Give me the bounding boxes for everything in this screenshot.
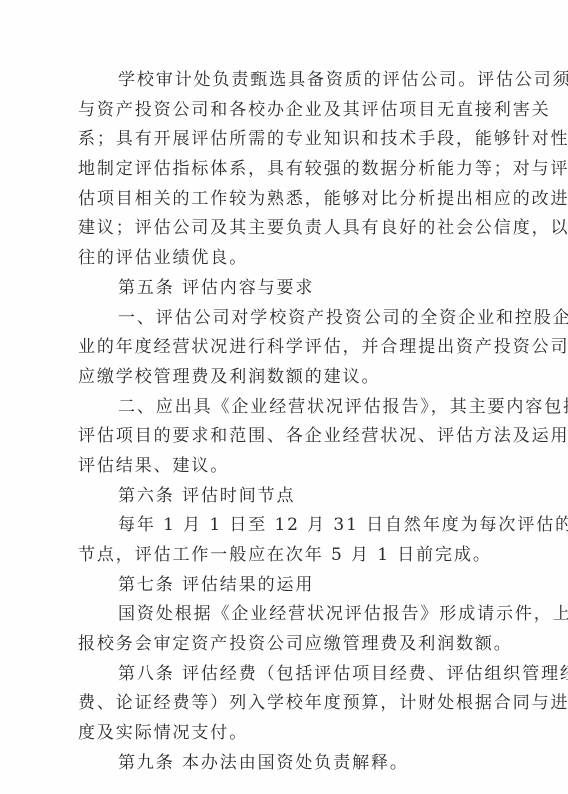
paragraph-line: 报校务会审定资产投资公司应缴管理费及利润数额。 bbox=[78, 630, 480, 660]
paragraph-line: 估项目相关的工作较为熟悉，能够对比分析提出相应的改进 bbox=[78, 185, 480, 215]
paragraph-line: 节点，评估工作一般应在次年 5 月 1 日前完成。 bbox=[78, 541, 480, 571]
paragraph-line: 费、论证经费等）列入学校年度预算，计财处根据合同与进 bbox=[78, 689, 480, 719]
document-body: 学校审计处负责甄选具备资质的评估公司。评估公司须 与资产投资公司和各校办企业及其… bbox=[78, 66, 480, 779]
paragraph-line: 业的年度经营状况进行科学评估，并合理提出资产投资公司 bbox=[78, 333, 480, 363]
paragraph-line: 国资处根据《企业经营状况评估报告》形成请示件，上 bbox=[78, 600, 480, 630]
paragraph-line: 往的评估业绩优良。 bbox=[78, 244, 480, 274]
article-9-heading: 第九条 本办法由国资处负责解释。 bbox=[78, 749, 480, 779]
paragraph-line: 建议；评估公司及其主要负责人具有良好的社会公信度，以 bbox=[78, 214, 480, 244]
paragraph-line: 度及实际情况支付。 bbox=[78, 719, 480, 749]
paragraph-line: 学校审计处负责甄选具备资质的评估公司。评估公司须 bbox=[78, 66, 480, 96]
paragraph-line: 应缴学校管理费及利润数额的建议。 bbox=[78, 363, 480, 393]
paragraph-line: 一、评估公司对学校资产投资公司的全资企业和控股企 bbox=[78, 304, 480, 334]
article-8-heading: 第八条 评估经费（包括评估项目经费、评估组织管理经 bbox=[78, 660, 480, 690]
paragraph-line: 系；具有开展评估所需的专业知识和技术手段，能够针对性 bbox=[78, 125, 480, 155]
paragraph-line: 评估项目的要求和范围、各企业经营状况、评估方法及运用、 bbox=[78, 422, 480, 452]
document-page: 学校审计处负责甄选具备资质的评估公司。评估公司须 与资产投资公司和各校办企业及其… bbox=[0, 0, 568, 794]
paragraph-line: 二、应出具《企业经营状况评估报告》，其主要内容包括： bbox=[78, 393, 480, 423]
paragraph-line: 与资产投资公司和各校办企业及其评估项目无直接利害关 bbox=[78, 96, 480, 126]
paragraph-line: 每年 1 月 1 日至 12 月 31 日自然年度为每次评估的时间 bbox=[78, 511, 480, 541]
paragraph-line: 评估结果、建议。 bbox=[78, 452, 480, 482]
article-7-heading: 第七条 评估结果的运用 bbox=[78, 571, 480, 601]
paragraph-line: 地制定评估指标体系，具有较强的数据分析能力等；对与评 bbox=[78, 155, 480, 185]
article-6-heading: 第六条 评估时间节点 bbox=[78, 482, 480, 512]
article-5-heading: 第五条 评估内容与要求 bbox=[78, 274, 480, 304]
